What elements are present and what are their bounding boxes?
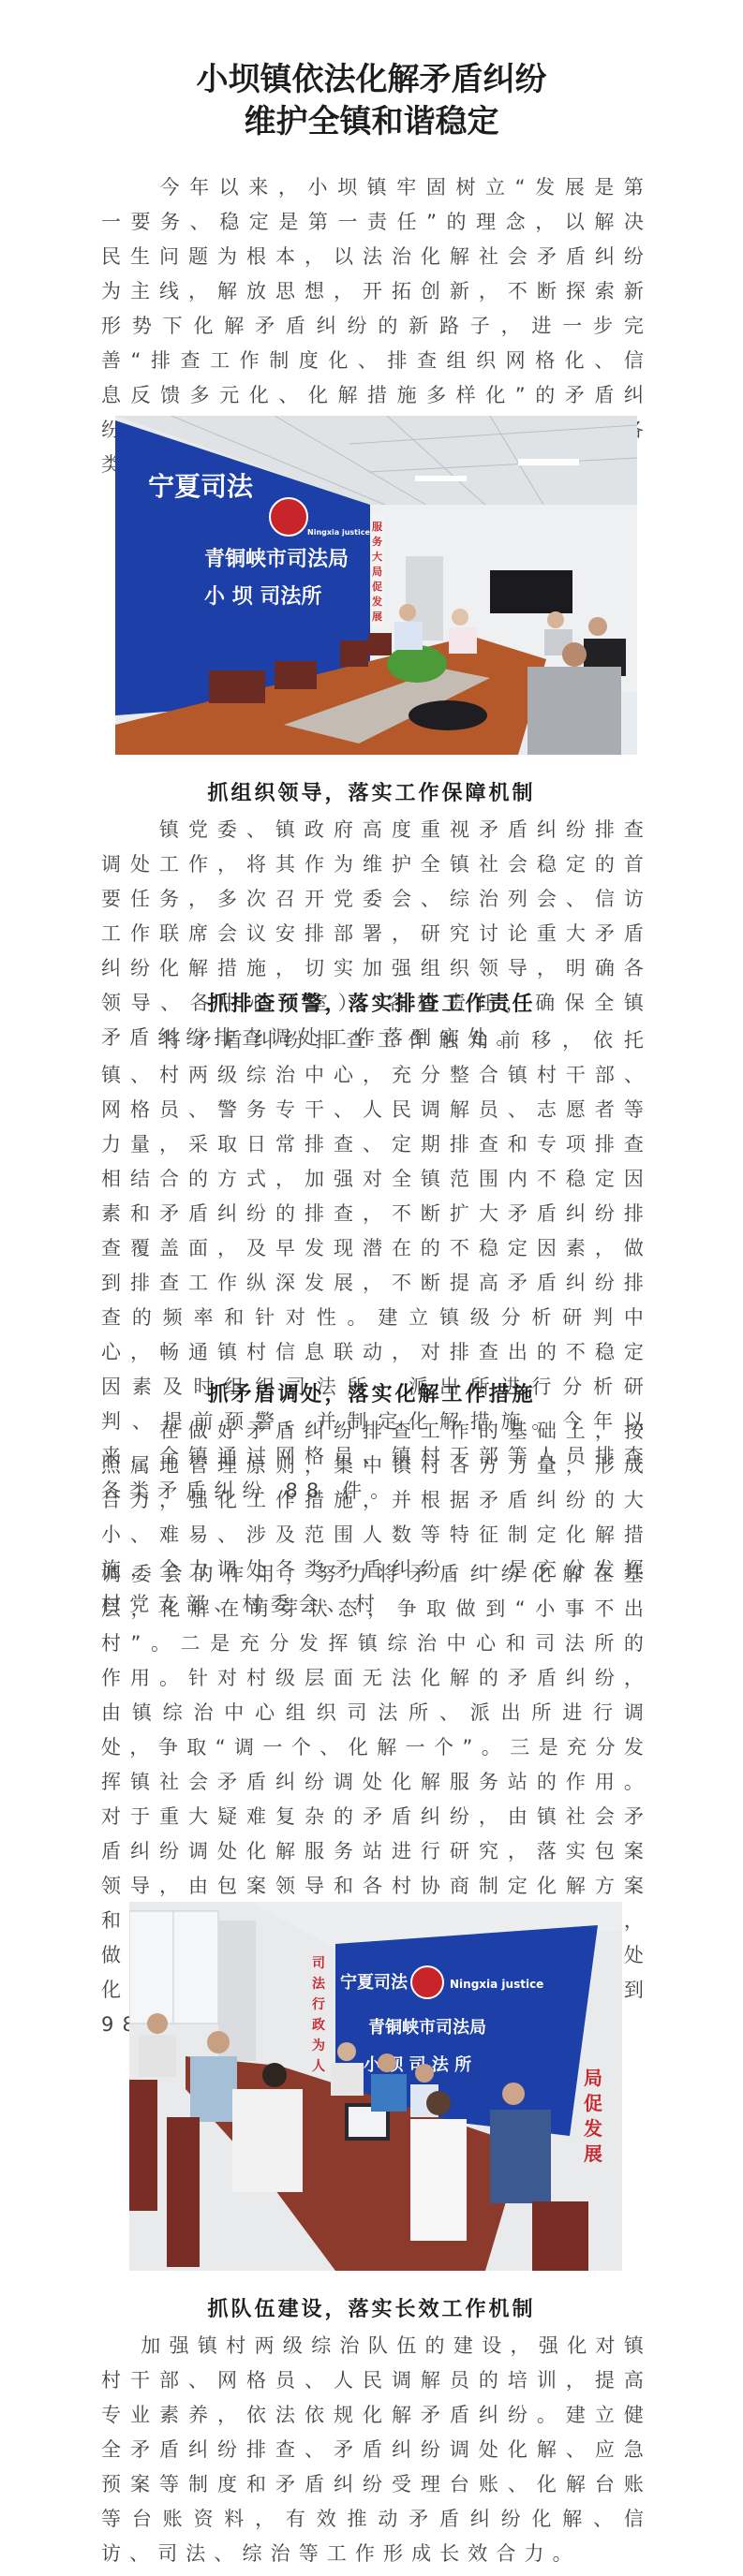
article-title-line-2: 维护全镇和谐稳定 bbox=[0, 101, 743, 142]
svg-text:为: 为 bbox=[312, 2038, 325, 2053]
meeting-photo-1: 宁夏司法 Ningxia justice 青铜峡市司法局 小 坝 司法所 服务大… bbox=[115, 416, 637, 755]
svg-text:局: 局 bbox=[584, 2067, 602, 2089]
svg-text:小 坝 司法所: 小 坝 司法所 bbox=[204, 584, 321, 609]
section-paragraph-team-building: 加强镇村两级综治队伍的建设，强化对镇村干部、网格员、人民调解员的培训，提高专业素… bbox=[101, 2329, 652, 2571]
svg-text:服: 服 bbox=[372, 520, 383, 533]
section-heading-mediation: 抓矛盾调处，落实化解工作措施 bbox=[0, 1380, 743, 1408]
svg-text:促: 促 bbox=[372, 580, 382, 593]
section-paragraph-organization: 镇党委、镇政府高度重视矛盾纠纷排查调处工作，将其作为维护全镇社会稳定的首要任务，… bbox=[101, 813, 652, 1055]
svg-text:政: 政 bbox=[312, 2017, 325, 2033]
svg-text:Ningxia justice: Ningxia justice bbox=[450, 1978, 543, 1991]
article-title-line-1: 小坝镇依法化解矛盾纠纷 bbox=[0, 59, 743, 100]
section-heading-team-building: 抓队伍建设，落实长效工作机制 bbox=[0, 2295, 743, 2323]
svg-text:展: 展 bbox=[584, 2142, 602, 2165]
svg-text:人: 人 bbox=[312, 2059, 325, 2074]
svg-text:大: 大 bbox=[372, 550, 382, 563]
meeting-photo-1-illustration: 宁夏司法 Ningxia justice 青铜峡市司法局 小 坝 司法所 服务大… bbox=[115, 416, 637, 755]
section-heading-screening: 抓排查预警，落实排查工作责任 bbox=[0, 990, 743, 1018]
svg-text:局: 局 bbox=[372, 566, 382, 578]
svg-text:展: 展 bbox=[372, 610, 382, 623]
svg-text:务: 务 bbox=[372, 535, 382, 548]
svg-text:青铜峡市司法局: 青铜峡市司法局 bbox=[204, 547, 349, 571]
svg-text:Ningxia justice: Ningxia justice bbox=[307, 528, 370, 537]
meeting-photo-2-illustration: 司法行 政为人民 宁夏司法 Ningxia justice 青铜峡市司法局 小 … bbox=[129, 1902, 622, 2271]
meeting-photo-2: 司法行 政为人民 宁夏司法 Ningxia justice 青铜峡市司法局 小 … bbox=[129, 1902, 622, 2271]
svg-text:司: 司 bbox=[312, 1955, 325, 1971]
section-text: 加强镇村两级综治队伍的建设，强化对镇村干部、网格员、人民调解员的培训，提高专业素… bbox=[101, 2334, 652, 2565]
svg-text:促: 促 bbox=[584, 2092, 602, 2114]
svg-text:法: 法 bbox=[312, 1976, 326, 1992]
section-heading-organization: 抓组织领导，落实工作保障机制 bbox=[0, 779, 743, 807]
svg-text:宁夏司法: 宁夏司法 bbox=[340, 1972, 409, 1993]
svg-text:发: 发 bbox=[584, 2117, 602, 2140]
svg-text:青铜峡市司法局: 青铜峡市司法局 bbox=[368, 2017, 486, 2038]
svg-text:行: 行 bbox=[312, 1996, 325, 2012]
svg-text:宁夏司法: 宁夏司法 bbox=[148, 471, 254, 502]
svg-text:发: 发 bbox=[371, 595, 382, 608]
